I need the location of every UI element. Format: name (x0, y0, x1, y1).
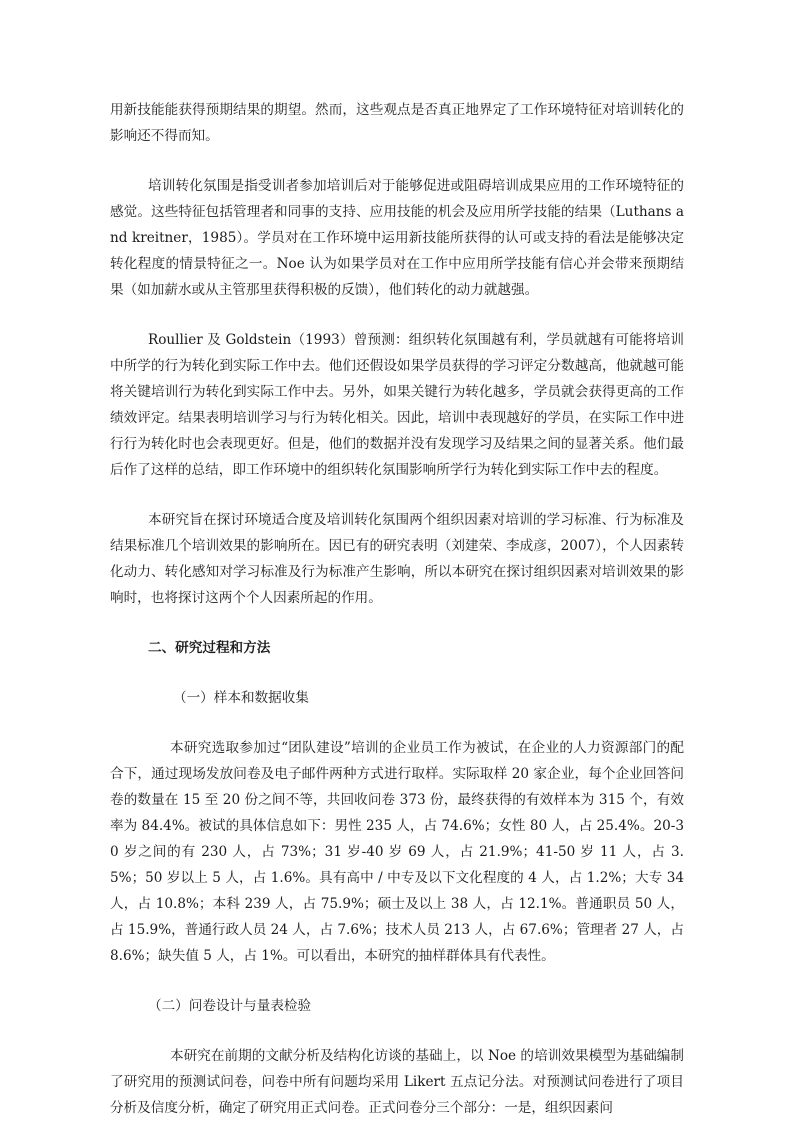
heading-gap (110, 1019, 684, 1043)
paragraph-roullier-goldstein: Roullier 及 Goldstein（1993）曾预测：组织转化氛围越有利，… (110, 327, 684, 483)
paragraph-sample-data: 本研究选取参加过“团队建设”培训的企业员工作为被试，在企业的人力资源部门的配合下… (110, 735, 684, 969)
section-heading: 二、研究过程和方法 (110, 635, 684, 661)
document-page: 用新技能能获得预期结果的期望。然而，这些观点是否真正地界定了工作环境特征对培训转… (110, 97, 684, 1121)
paragraph-gap (110, 611, 684, 635)
paragraph-questionnaire-design: 本研究在前期的文献分析及结构化访谈的基础上，以 Noe 的培训效果模型为基础编制… (110, 1043, 684, 1121)
heading-gap (110, 711, 684, 735)
paragraph-gap (110, 149, 684, 173)
paragraph-intro-continuation: 用新技能能获得预期结果的期望。然而，这些观点是否真正地界定了工作环境特征对培训转… (110, 97, 684, 149)
subsection-heading-questionnaire: （二）问卷设计与量表检验 (110, 993, 684, 1019)
paragraph-gap (110, 969, 684, 993)
heading-gap (110, 661, 684, 685)
paragraph-research-aim: 本研究旨在探讨环境适合度及培训转化氛围两个组织因素对培训的学习标准、行为标准及结… (110, 507, 684, 611)
paragraph-transfer-climate: 培训转化氛围是指受训者参加培训后对于能够促进或阻碍培训成果应用的工作环境特征的感… (110, 173, 684, 303)
paragraph-gap (110, 483, 684, 507)
subsection-heading-sample: （一）样本和数据收集 (110, 685, 684, 711)
paragraph-gap (110, 303, 684, 327)
